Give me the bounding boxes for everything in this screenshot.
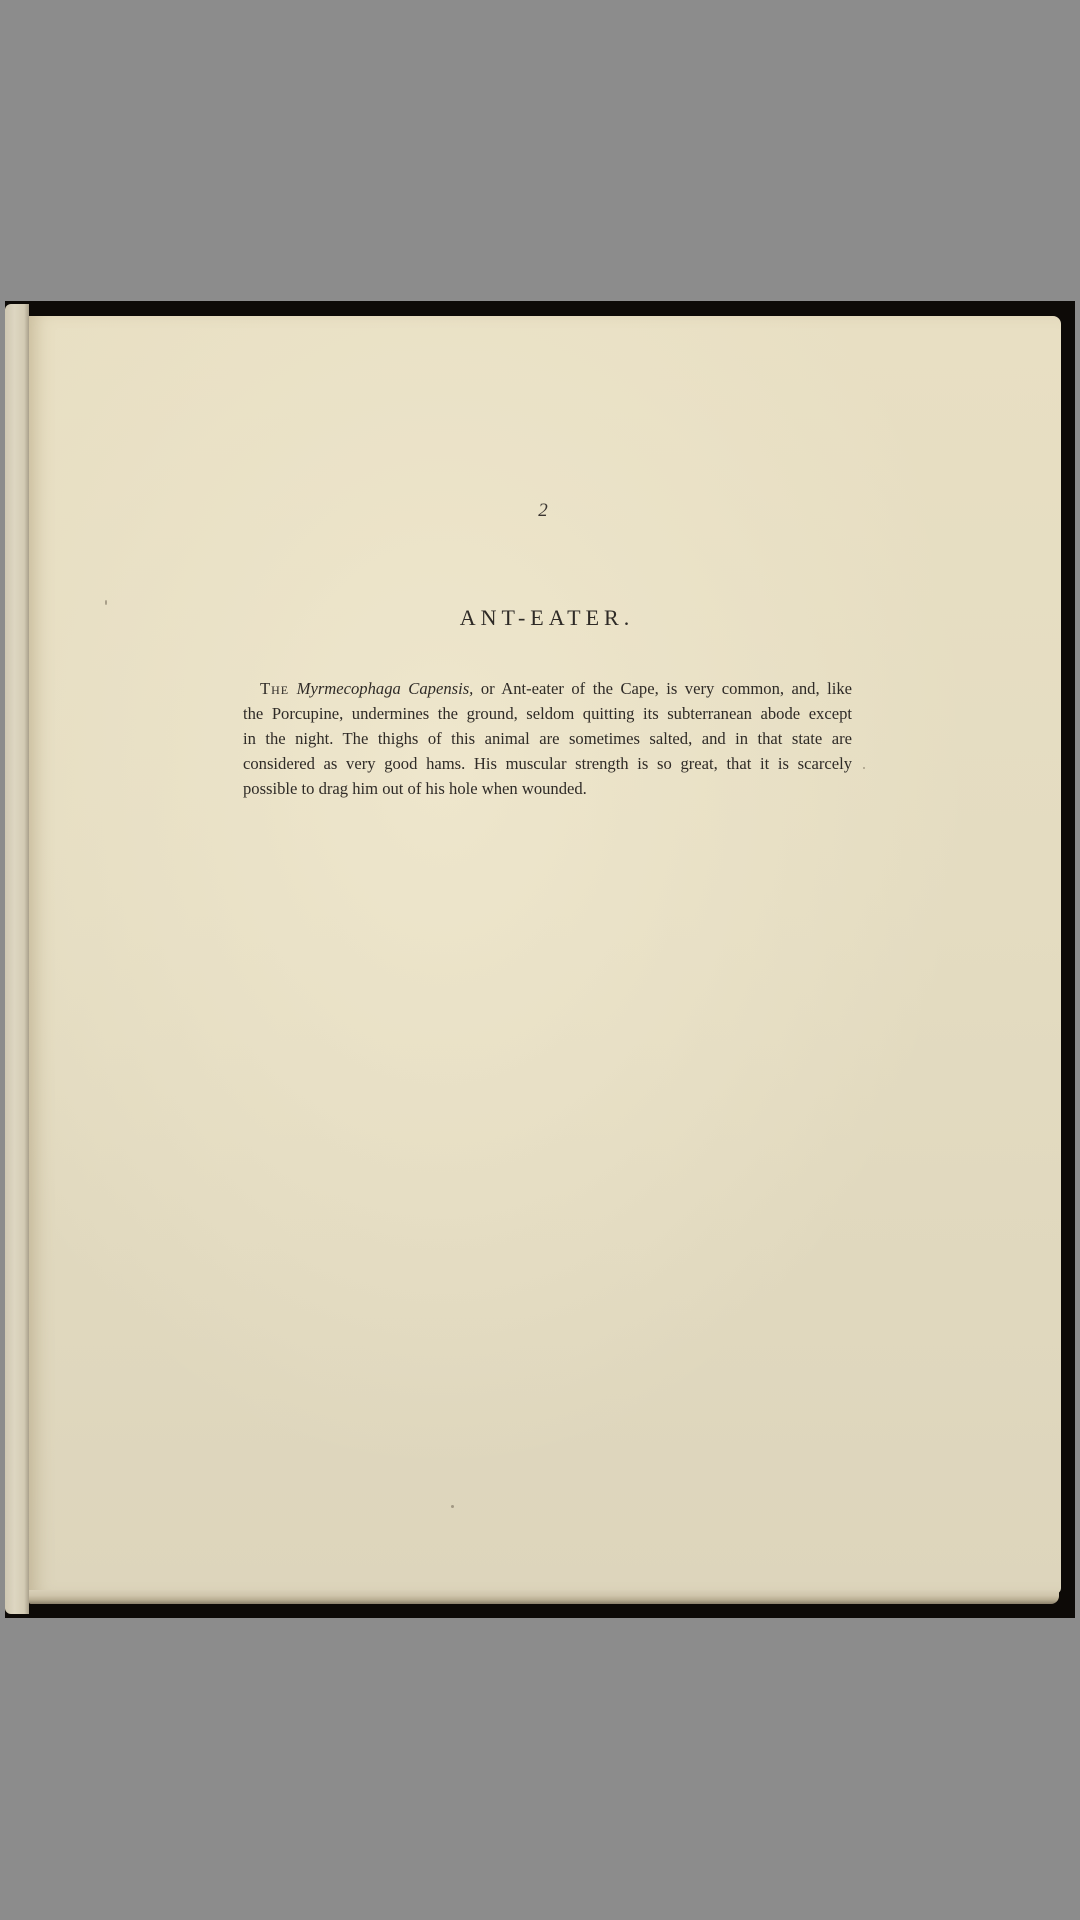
paragraph-line-5: possible to drag him out of his hole whe…: [243, 776, 852, 801]
page-title: ANT-EATER.: [0, 605, 1080, 631]
paragraph-line-4: considered as very good hams. His muscul…: [243, 751, 852, 776]
paragraph-line-3: in the night. The thighs of this animal …: [243, 726, 852, 751]
body-paragraph: The Myrmecophaga Capensis, or Ant-eater …: [243, 676, 852, 801]
line-1-rest: or Ant-eater of the Cape, is very common…: [473, 679, 852, 698]
species-name: Myrmecophaga Capensis,: [297, 679, 474, 698]
paper-speck: [451, 1505, 454, 1508]
paragraph-line-1: The Myrmecophaga Capensis, or Ant-eater …: [243, 676, 852, 701]
drop-word: The: [260, 679, 289, 698]
page-number: 2: [0, 500, 1080, 522]
page-stack-edge: [29, 1590, 1059, 1604]
paper-speck: [863, 767, 865, 769]
paragraph-line-2: the Porcupine, undermines the ground, se…: [243, 701, 852, 726]
space: [289, 679, 297, 698]
